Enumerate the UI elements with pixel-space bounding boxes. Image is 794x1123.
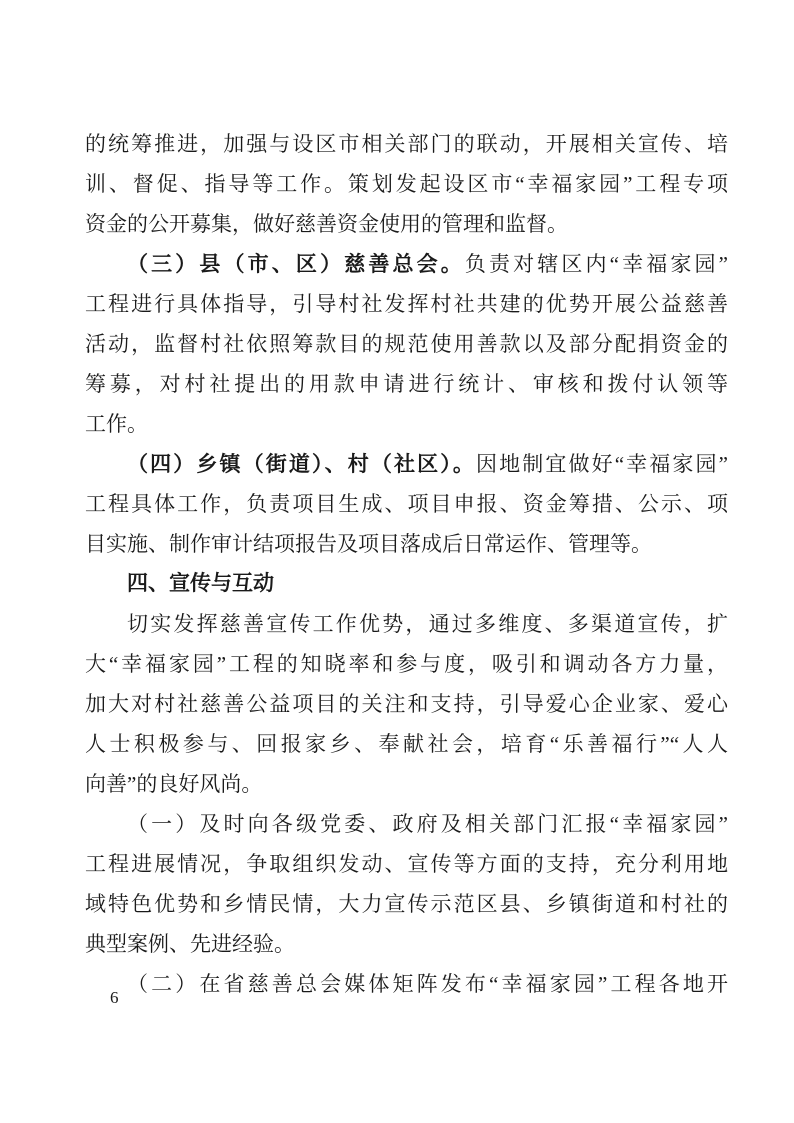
text-run: （一）及时向各级党委、政府及相关部门汇报“幸福家园” bbox=[127, 812, 728, 836]
text-run: 的统筹推进，加强与设区市相关部门的联动，开展相关宣传、培 bbox=[85, 132, 728, 156]
text-run: 工程进展情况，争取组织发动、宣传等方面的支持，充分利用地 bbox=[85, 852, 728, 876]
text-line: 工作。 bbox=[85, 404, 728, 444]
subsection-3-title: （三）县（市、区）慈善总会。 bbox=[127, 252, 465, 276]
text-run: 筹募，对村社提出的用款申请进行统计、审核和拨付认领等 bbox=[85, 372, 728, 396]
text-line: 资金的公开募集，做好慈善资金使用的管理和监督。 bbox=[85, 204, 728, 244]
text-run: 向善”的良好风尚。 bbox=[85, 772, 262, 796]
document-body: 的统筹推进，加强与设区市相关部门的联动，开展相关宣传、培 训、督促、指导等工作。… bbox=[85, 124, 728, 1004]
section-heading: 四、宣传与互动 bbox=[85, 564, 728, 604]
text-run: 目实施、制作审计结项报告及项目落成后日常运作、管理等。 bbox=[85, 532, 652, 556]
text-line: （二）在省慈善总会媒体矩阵发布“幸福家园”工程各地开 bbox=[85, 964, 728, 1004]
text-line: 向善”的良好风尚。 bbox=[85, 764, 728, 804]
text-line: 典型案例、先进经验。 bbox=[85, 924, 728, 964]
text-run: 活动，监督村社依照筹款目的规范使用善款以及部分配捐资金的 bbox=[85, 332, 728, 356]
text-run: 资金的公开募集，做好慈善资金使用的管理和监督。 bbox=[85, 212, 568, 236]
text-line: 加大对村社慈善公益项目的关注和支持，引导爱心企业家、爱心 bbox=[85, 684, 728, 724]
text-line: 筹募，对村社提出的用款申请进行统计、审核和拨付认领等 bbox=[85, 364, 728, 404]
text-run: 大“幸福家园”工程的知晓率和参与度，吸引和调动各方力量， bbox=[85, 652, 728, 676]
text-run: 域特色优势和乡情民情，大力宣传示范区县、乡镇街道和村社的 bbox=[85, 892, 728, 916]
text-line: 工程进展情况，争取组织发动、宣传等方面的支持，充分利用地 bbox=[85, 844, 728, 884]
text-line: （四）乡镇（街道）、村（社区）。因地制宜做好“幸福家园” bbox=[85, 444, 728, 484]
text-line: 域特色优势和乡情民情，大力宣传示范区县、乡镇街道和村社的 bbox=[85, 884, 728, 924]
text-line: 大“幸福家园”工程的知晓率和参与度，吸引和调动各方力量， bbox=[85, 644, 728, 684]
text-run: 工程进行具体指导，引导村社发挥村社共建的优势开展公益慈善 bbox=[85, 292, 728, 316]
text-line: 工程进行具体指导，引导村社发挥村社共建的优势开展公益慈善 bbox=[85, 284, 728, 324]
text-line: 目实施、制作审计结项报告及项目落成后日常运作、管理等。 bbox=[85, 524, 728, 564]
section-heading-text: 四、宣传与互动 bbox=[127, 572, 274, 595]
text-run: 切实发挥慈善宣传工作优势，通过多维度、多渠道宣传，扩 bbox=[127, 612, 728, 636]
text-line: （三）县（市、区）慈善总会。负责对辖区内“幸福家园” bbox=[85, 244, 728, 284]
text-run: 工程具体工作，负责项目生成、项目申报、资金筹措、公示、项 bbox=[85, 492, 728, 516]
text-run: 工作。 bbox=[85, 412, 148, 436]
text-line: 工程具体工作，负责项目生成、项目申报、资金筹措、公示、项 bbox=[85, 484, 728, 524]
text-line: 切实发挥慈善宣传工作优势，通过多维度、多渠道宣传，扩 bbox=[85, 604, 728, 644]
text-line: 训、督促、指导等工作。策划发起设区市“幸福家园”工程专项 bbox=[85, 164, 728, 204]
text-run: 训、督促、指导等工作。策划发起设区市“幸福家园”工程专项 bbox=[85, 172, 728, 196]
text-run: 因地制宜做好“幸福家园” bbox=[476, 452, 728, 476]
text-run: 加大对村社慈善公益项目的关注和支持，引导爱心企业家、爱心 bbox=[85, 692, 728, 716]
text-run: 负责对辖区内“幸福家园” bbox=[465, 252, 728, 276]
text-line: 的统筹推进，加强与设区市相关部门的联动，开展相关宣传、培 bbox=[85, 124, 728, 164]
text-line: 人士积极参与、回报家乡、奉献社会，培育“乐善福行”“人人 bbox=[85, 724, 728, 764]
text-line: 活动，监督村社依照筹款目的规范使用善款以及部分配捐资金的 bbox=[85, 324, 728, 364]
text-run: 典型案例、先进经验。 bbox=[85, 932, 295, 956]
document-page: 的统筹推进，加强与设区市相关部门的联动，开展相关宣传、培 训、督促、指导等工作。… bbox=[0, 0, 794, 1123]
subsection-4-title: （四）乡镇（街道）、村（社区）。 bbox=[127, 452, 476, 476]
text-line: （一）及时向各级党委、政府及相关部门汇报“幸福家园” bbox=[85, 804, 728, 844]
page-number: 6 bbox=[110, 988, 119, 1008]
text-run: 人士积极参与、回报家乡、奉献社会，培育“乐善福行”“人人 bbox=[85, 732, 728, 756]
text-run: （二）在省慈善总会媒体矩阵发布“幸福家园”工程各地开 bbox=[127, 972, 728, 996]
